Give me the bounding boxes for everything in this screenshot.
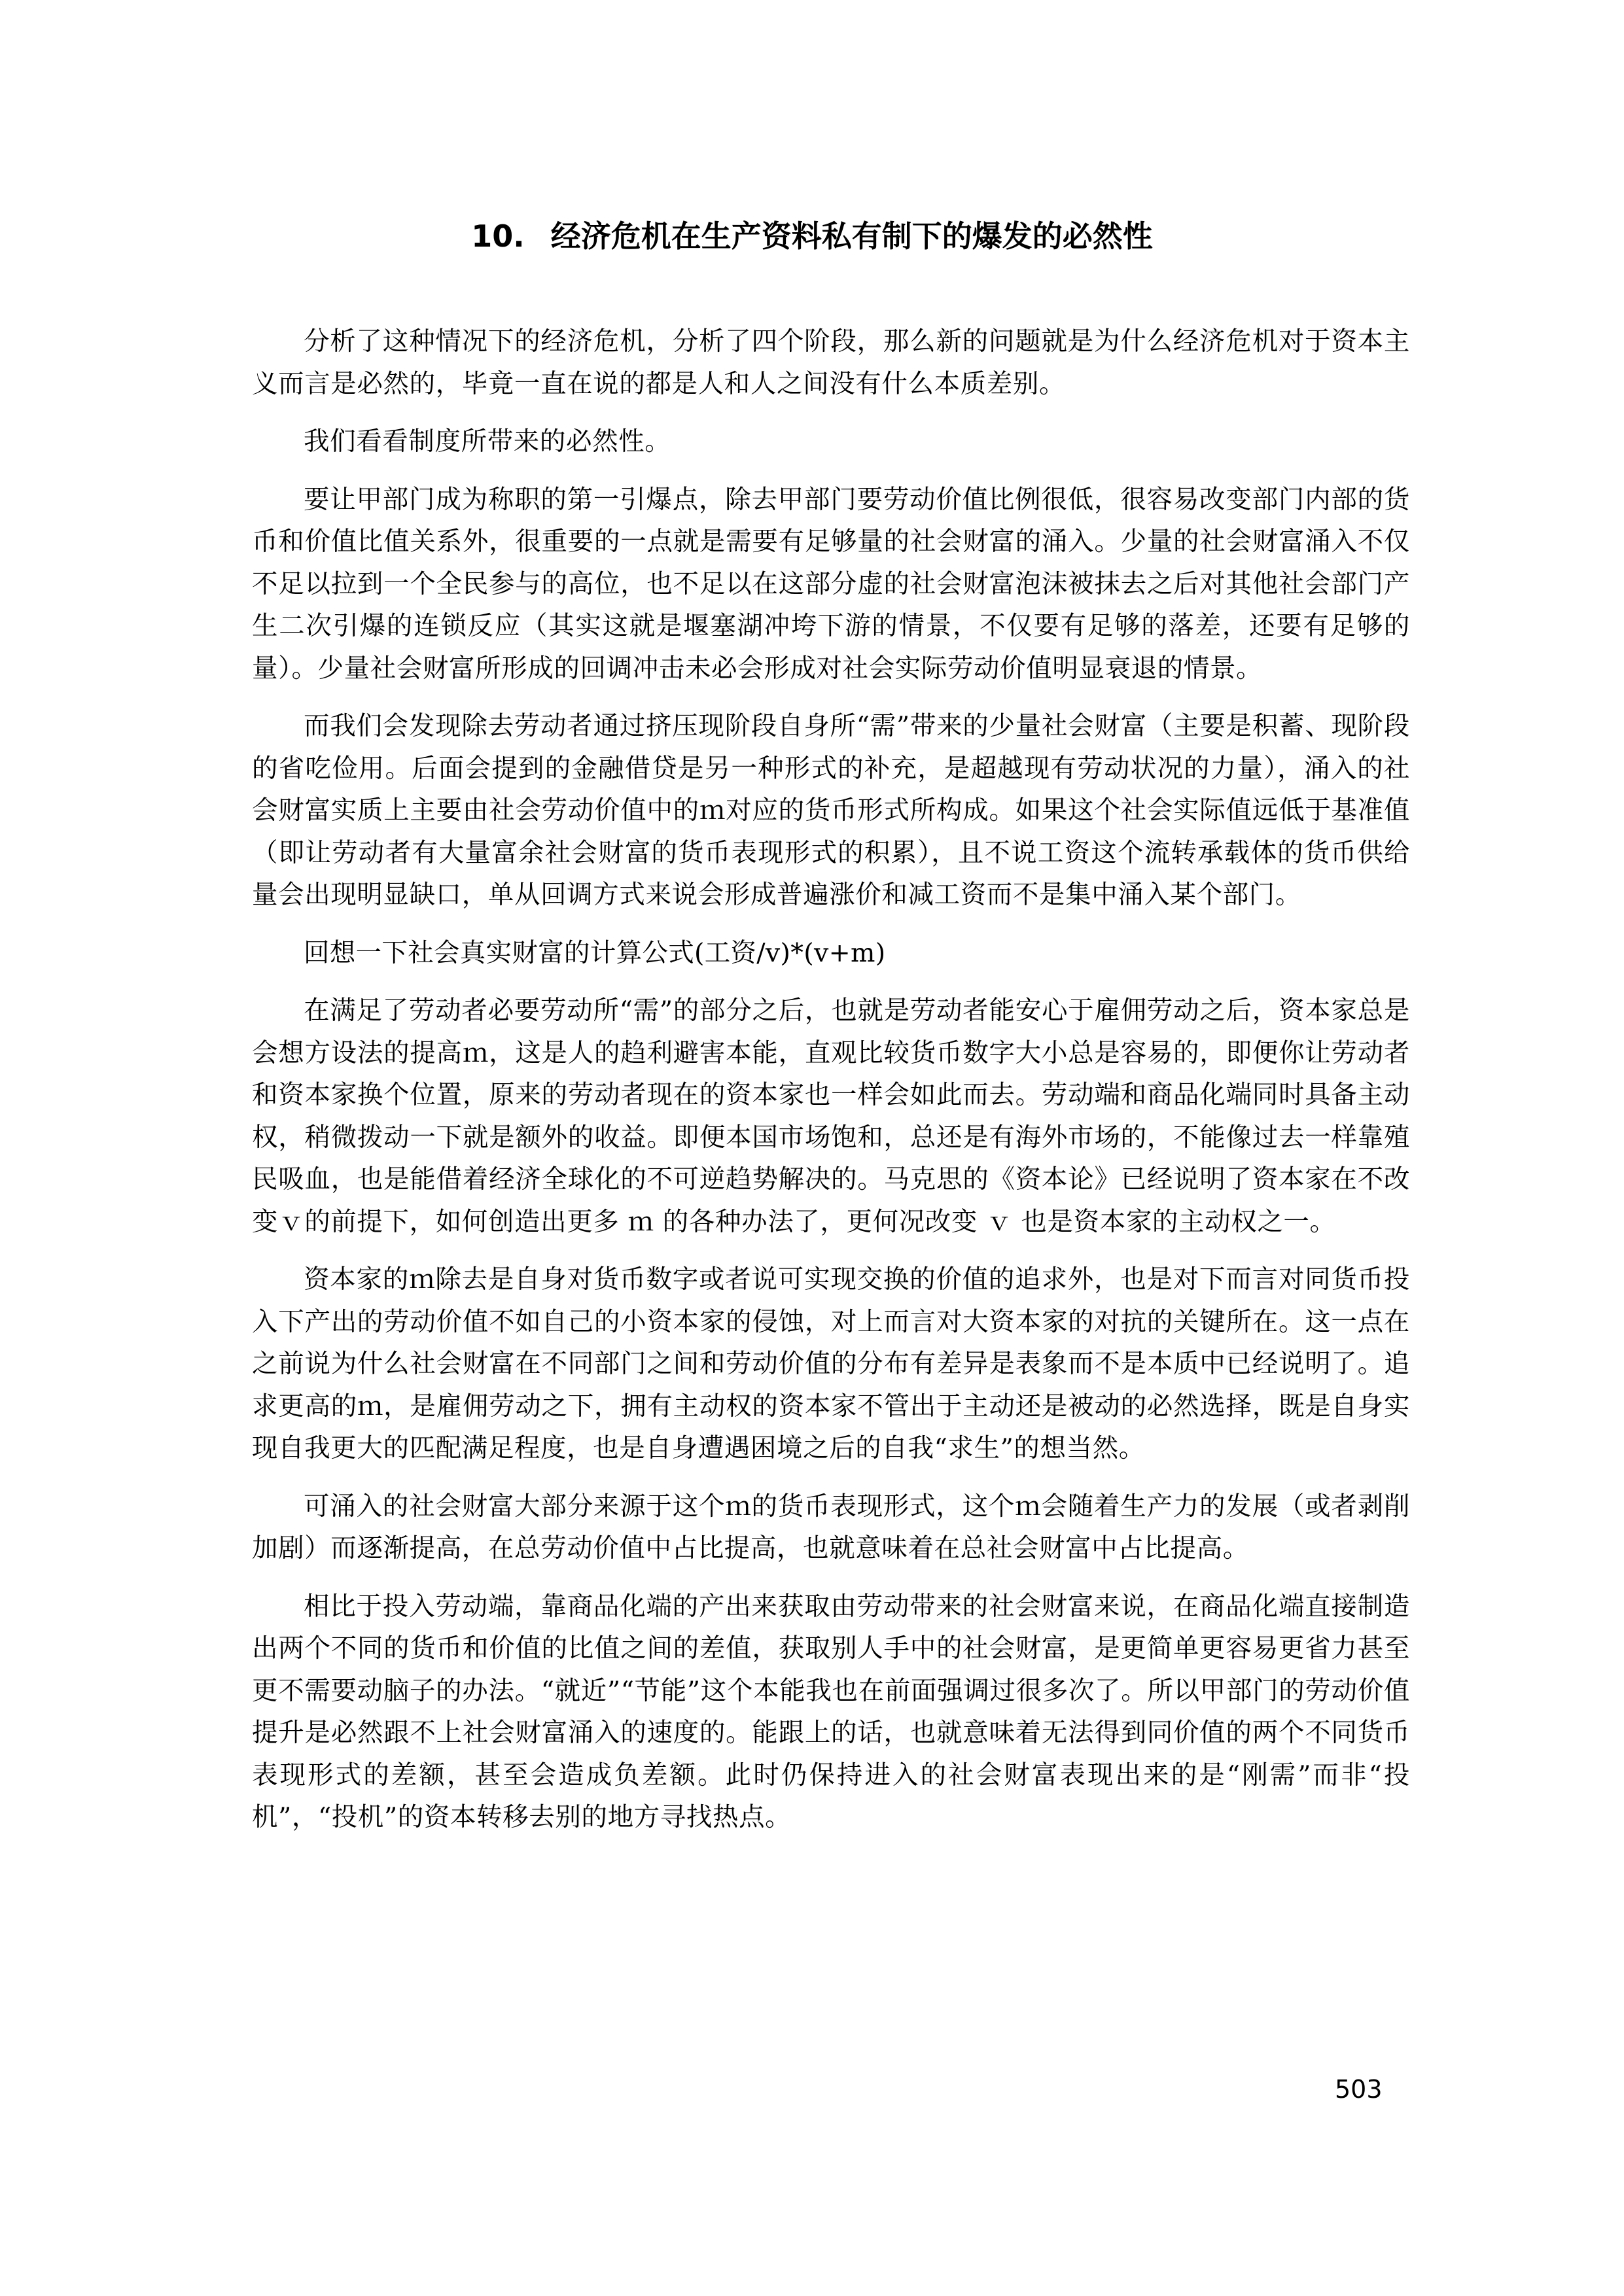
section-title: 10.经济危机在生产资料私有制下的爆发的必然性 bbox=[0, 215, 1624, 257]
document-page: 10.经济危机在生产资料私有制下的爆发的必然性 分析了这种情况下的经济危机，分析… bbox=[0, 0, 1624, 2296]
paragraph: 要让甲部门成为称职的第一引爆点，除去甲部门要劳动价值比例很低，很容易改变部门内部… bbox=[252, 479, 1410, 690]
page-number: 503 bbox=[1335, 2075, 1383, 2104]
section-title-text: 经济危机在生产资料私有制下的爆发的必然性 bbox=[551, 218, 1153, 254]
paragraph: 相比于投入劳动端，靠商品化端的产出来获取由劳动带来的社会财富来说，在商品化端直接… bbox=[252, 1586, 1410, 1839]
paragraph: 在满足了劳动者必要劳动所“需”的部分之后，也就是劳动者能安心于雇佣劳动之后，资本… bbox=[252, 990, 1410, 1243]
section-number: 10. bbox=[471, 218, 525, 254]
paragraph: 而我们会发现除去劳动者通过挤压现阶段自身所“需”带来的少量社会财富（主要是积蓄、… bbox=[252, 705, 1410, 916]
paragraph: 分析了这种情况下的经济危机，分析了四个阶段，那么新的问题就是为什么经济危机对于资… bbox=[252, 321, 1410, 405]
paragraph: 资本家的ｍ除去是自身对货币数字或者说可实现交换的价值的追求外，也是对下而言对同货… bbox=[252, 1259, 1410, 1470]
paragraph: 我们看看制度所带来的必然性。 bbox=[252, 421, 1410, 463]
paragraph: 可涌入的社会财富大部分来源于这个ｍ的货币表现形式，这个ｍ会随着生产力的发展（或者… bbox=[252, 1486, 1410, 1570]
formula-paragraph: 回想一下社会真实财富的计算公式(工资/v)*(v+m) bbox=[252, 932, 1410, 975]
document-body: 分析了这种情况下的经济危机，分析了四个阶段，那么新的问题就是为什么经济危机对于资… bbox=[252, 321, 1410, 1854]
